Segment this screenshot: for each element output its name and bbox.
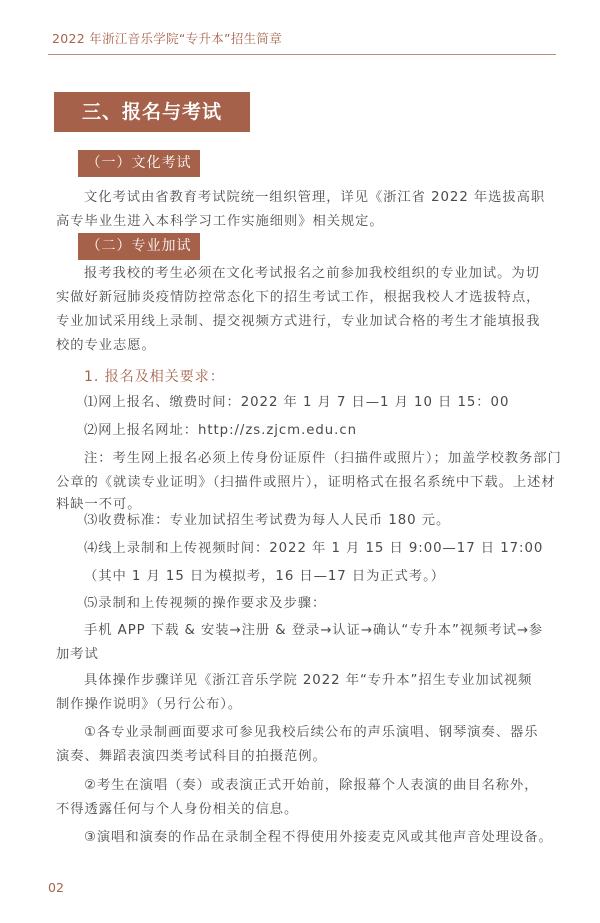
requirement-line: ③演唱和演奏的作品在录制全程不得使用外接麦克风或其他声音处理设备。: [56, 829, 548, 847]
requirement-line: ②考生在演唱（奏）或表演正式开始前，除报幕个人表演的曲目名称外，: [56, 777, 548, 795]
steps-line: 手机 APP 下载 & 安装→注册 & 登录→认证→确认“专升本”视频考试→参: [56, 622, 548, 640]
list-item: ⑸录制和上传视频的操作要求及步骤：: [56, 595, 548, 613]
running-header-title: 2022 年浙江音乐学院“专升本”招生简章: [52, 29, 282, 47]
paragraph-line: 实做好新冠肺炎疫情防控常态化下的招生考试工作，根据我校人才选拔特点，: [56, 289, 548, 307]
paragraph-line: 高专毕业生进入本科学习工作实施细则》相关规定。: [56, 213, 548, 231]
requirement-line: 不得透露任何与个人身份相关的信息。: [56, 801, 548, 819]
detail-line: 制作操作说明》（另行公布）。: [56, 696, 548, 714]
subsection-title-culture-exam: （一）文化考试: [78, 150, 200, 177]
list-item: ⑴网上报名、缴费时间：2022 年 1 月 7 日—1 月 10 日 15：00: [56, 394, 548, 412]
note-line: 公章的《就读专业证明》（扫描件或照片），证明格式在报名系统中下载。上述材: [56, 474, 548, 492]
item-heading-registration: 1. 报名及相关要求：: [84, 368, 225, 386]
requirement-line: ①各专业录制画面要求可参见我校后续公布的声乐演唱、钢琴演奏、器乐: [56, 724, 548, 742]
page-number: 02: [48, 880, 64, 895]
list-item: ⑶收费标准：专业加试招生考试费为每人人民币 180 元。: [56, 512, 548, 530]
detail-line: 具体操作步骤详见《浙江音乐学院 2022 年“专升本”招生专业加试视频: [56, 672, 548, 690]
steps-line: 加考试: [56, 646, 548, 664]
list-item: （其中 1 月 15 日为模拟考，16 日—17 日为正式考。）: [56, 568, 548, 586]
note-line: 注：考生网上报名必须上传身份证原件（扫描件或照片）；加盖学校教务部门: [56, 450, 548, 468]
paragraph-line: 文化考试由省教育考试院统一组织管理，详见《浙江省 2022 年选拔高职: [56, 189, 548, 207]
subsection-title-professional-exam: （二）专业加试: [78, 233, 200, 260]
list-item: ⑷线上录制和上传视频时间：2022 年 1 月 15 日 9:00—17 日 1…: [56, 540, 548, 558]
requirement-line: 演奏、舞蹈表演四类考试科目的拍摄范例。: [56, 748, 548, 766]
paragraph-line: 校的专业志愿。: [56, 337, 548, 355]
paragraph-line: 专业加试采用线上录制、提交视频方式进行，专业加试合格的考生才能填报我: [56, 313, 548, 331]
list-item-url: ⑵网上报名网址：http://zs.zjcm.edu.cn: [56, 422, 548, 440]
header-rule: [48, 54, 556, 55]
section-title: 三、报名与考试: [54, 92, 250, 132]
paragraph-line: 报考我校的考生必须在文化考试报名之前参加我校组织的专业加试。为切: [56, 265, 548, 283]
